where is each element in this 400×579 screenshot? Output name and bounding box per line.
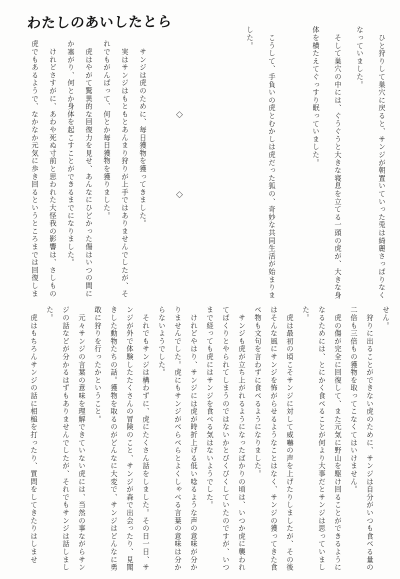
section-opening: ひと狩りして巣穴に戻ると、サンジが朝置いていった兎は綺麗さっぱりなくなっていまし…: [229, 26, 393, 302]
body-paragraph: けれどさすがに、あわや死ぬ寸前と思われた大怪我の影響は、さしもの虎でもあるようで…: [26, 40, 62, 302]
opening-paragraph: ひと狩りして巣穴に戻ると、サンジが朝置いていった兎は綺麗さっぱりなくなっていまし…: [349, 26, 393, 302]
section-divider: ◇ ◇: [176, 110, 183, 200]
section-under-title: サンジは虎のために、毎日獲物を獲ってきました。 実はサンジはもともとあんまり狩り…: [22, 40, 152, 302]
section-bottom: せん。 狩りに出ることができない虎のために、サンジは自分がいつも食べる量の二倍も…: [20, 306, 394, 574]
body-paragraph: 実はサンジはもともとあんまり狩りが上手ではありませんでしたが、それでもがんばって…: [98, 40, 134, 302]
story-page: わたしのあいしたとら ひと狩りして巣穴に戻ると、サンジが朝置いていった兎は綺麗さ…: [0, 0, 400, 579]
body-paragraph: 狩りに出ることができない虎のために、サンジは自分がいつも食べる量の二倍も三倍もの…: [346, 306, 378, 574]
body-paragraph: サンジも虎が立ち上がれるようになったばかりの頃は、いつか虎に襲われてぱくりとやら…: [202, 306, 250, 574]
body-paragraph: けれどやはり、サンジには虎が時折上げる低い唸るような声の意味が分かりませんでした…: [154, 306, 202, 574]
body-paragraph: サンジは虎のために、毎日獲物を獲ってきました。: [134, 40, 152, 302]
diamond-icon: ◇: [176, 110, 183, 120]
body-paragraph: せん。: [378, 306, 394, 574]
body-paragraph: 虎はやがて驚異的な回復力を見せ、あんなにひどかった傷はいつの間にか塞がり、何とか…: [62, 40, 98, 302]
body-paragraph: それでもサンジは構わずに、虎にたくさん話をしました。その日一日、サンジが外で体験…: [90, 306, 154, 574]
body-paragraph: 虎は最初の頃こそサンジに対して威嚇の声を上げたりしましたが、その後はそんな風にサ…: [250, 306, 298, 574]
body-paragraph: 虎の傷が完全に回復して、また元気に野山を駆け回ることができるようになるためには、…: [298, 306, 346, 574]
body-paragraph: 元々サンジの言葉の意味を理解できていない虎には、当然の事ながらサンジの話などが分…: [42, 306, 90, 574]
opening-paragraph: そして巣穴の中には、ぐうぐうと大きな寝息を立てる一頭の虎が、大きな身体を横たえて…: [305, 26, 349, 302]
diamond-icon: ◇: [176, 190, 183, 200]
opening-paragraph: こうして、手負いの虎とむかしは虎だった狐の、奇妙な共同生活が始まりました。: [239, 26, 283, 302]
body-paragraph: 虎はもちろんサンジの話に相槌を打ったり、質問をしてきたりはしませ: [26, 306, 42, 574]
story-title: わたしのあいしたとら: [27, 11, 173, 33]
